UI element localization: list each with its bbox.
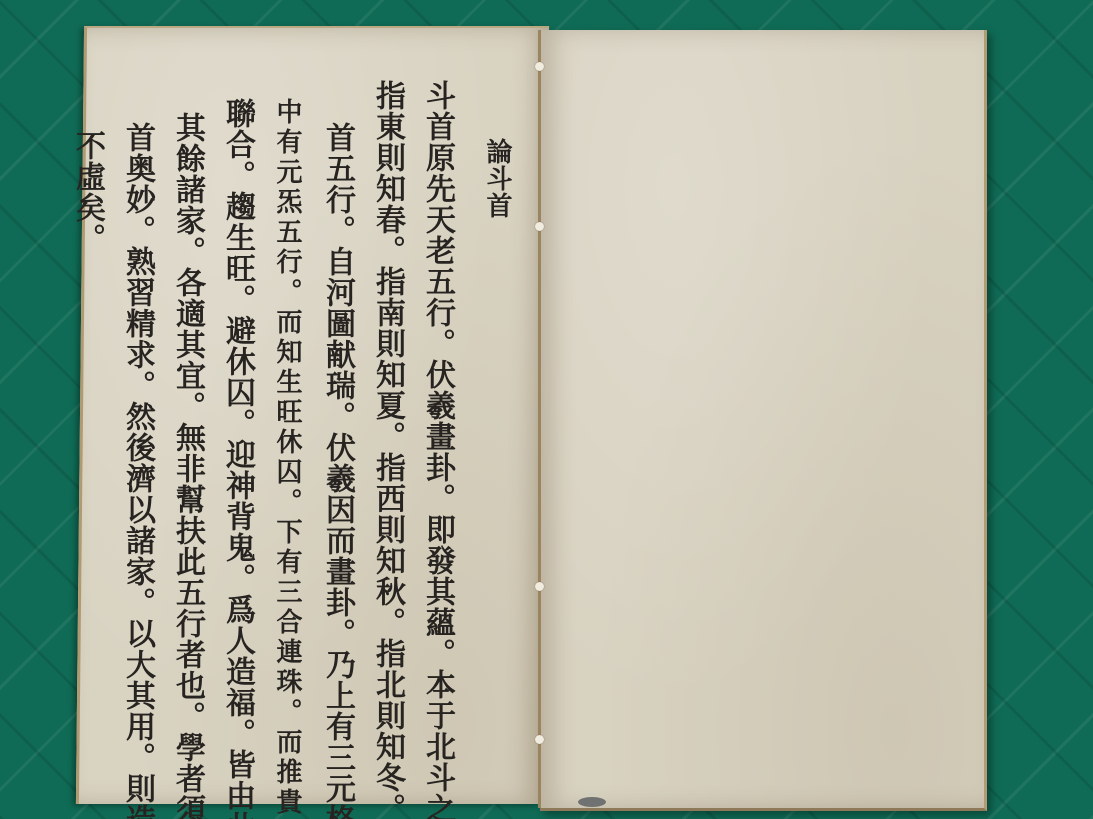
right-page-blank [540,30,987,811]
text-column-2: 指東則知春。指南則知夏。指西則知秋。指北則知冬。故名爲斗 [364,80,410,780]
text-column-7: 首奥妙。熟習精求。然後濟以諸家。以大其用。則造福生民。洵 [114,122,160,780]
open-book: 論斗首 斗首原先天老五行。伏羲畫卦。即發其蘊。本于北斗之首。斗柄 指東則知春。指… [0,0,1093,819]
binding-stitch [535,62,544,71]
book-spine-gutter [538,30,541,808]
binding-stitch [535,582,544,591]
binding-stitch [535,222,544,231]
text-column-8: 不虛矣。 [64,130,110,780]
text-column-6: 其餘諸家。各適其宜。無非幫扶此五行者也。學者須先將此斗 [164,112,210,780]
text-column-5: 聯合。趨生旺。避休囚。迎神背鬼。爲人造福。皆由此五行爲體。 [214,98,260,780]
section-title: 論斗首 [474,138,520,780]
paper-stain [578,797,606,807]
binding-stitch [535,735,544,744]
text-column-3: 首五行。自河圖献瑞。伏羲因而畫卦。乃上有三元格局。而知生尅制化。 [314,122,360,780]
vertical-text-block: 論斗首 斗首原先天老五行。伏羲畫卦。即發其蘊。本于北斗之首。斗柄 指東則知春。指… [104,80,524,780]
text-column-1: 斗首原先天老五行。伏羲畫卦。即發其蘊。本于北斗之首。斗柄 [414,80,460,780]
text-column-4: 中有元炁五行。而知生旺休囚。下有三合連珠。而推貴人祿馬。拱夾 [264,98,310,780]
